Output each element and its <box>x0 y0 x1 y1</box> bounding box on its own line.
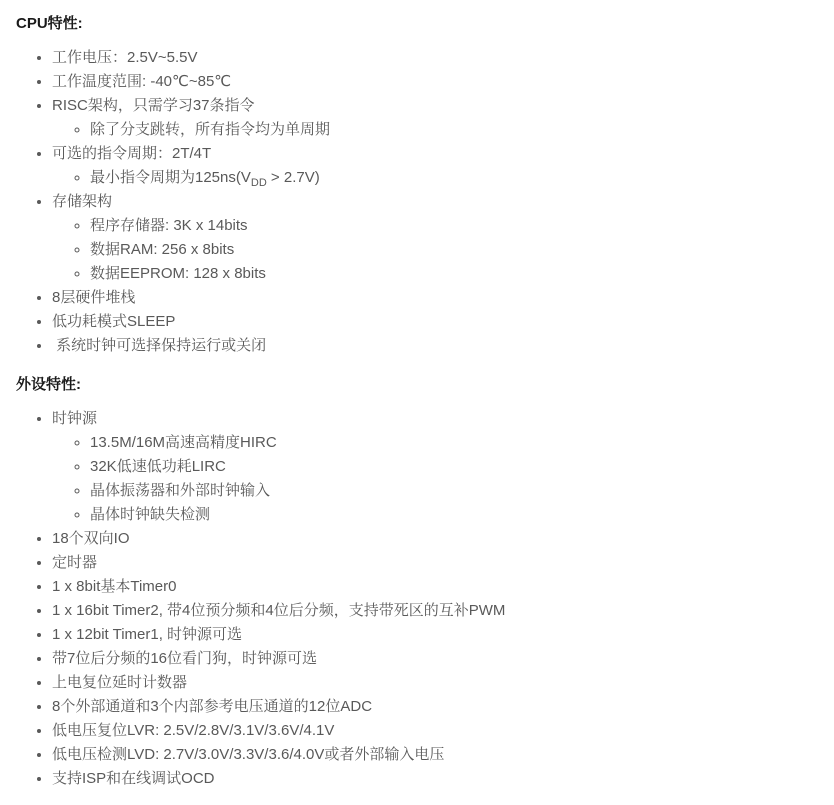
list-item: 低电压检测LVD: 2.7V/3.0V/3.3V/3.6/4.0V或者外部输入电… <box>52 743 818 767</box>
item-text: 8层硬件堆栈 <box>52 289 135 306</box>
sub-list: 程序存储器: 3K x 14bits数据RAM: 256 x 8bits数据EE… <box>52 214 818 286</box>
item-text: 工作电压：2.5V~5.5V <box>52 49 197 66</box>
item-text: RISC架构，只需学习37条指令 <box>52 97 255 114</box>
sub-list-item: 程序存储器: 3K x 14bits <box>90 214 818 238</box>
sub-list: 13.5M/16M高速高精度HIRC32K低速低功耗LIRC晶体振荡器和外部时钟… <box>52 431 818 527</box>
item-text: 1 x 16bit Timer2, 带4位预分频和4位后分频，支持带死区的互补P… <box>52 602 505 619</box>
list-item: 上电复位延时计数器 <box>52 671 818 695</box>
feature-section: 外设特性: 时钟源13.5M/16M高速高精度HIRC32K低速低功耗LIRC晶… <box>16 373 818 791</box>
item-text: 带7位后分频的16位看门狗，时钟源可选 <box>52 650 317 667</box>
item-text: 低电压复位LVR: 2.5V/2.8V/3.1V/3.6V/4.1V <box>52 722 334 739</box>
feature-list: 时钟源13.5M/16M高速高精度HIRC32K低速低功耗LIRC晶体振荡器和外… <box>16 407 818 791</box>
item-text: 工作温度范围: -40℃~85℃ <box>52 73 231 90</box>
item-text: 晶体振荡器和外部时钟输入 <box>90 482 270 499</box>
item-text: 最小指令周期为125ns(V <box>90 169 251 186</box>
item-text: 32K低速低功耗LIRC <box>90 458 226 475</box>
item-text: 系统时钟可选择保持运行或关闭 <box>52 337 266 354</box>
item-text: 时钟源 <box>52 410 97 427</box>
subscript-text: DD <box>251 177 267 189</box>
list-item: 低功耗模式SLEEP <box>52 310 818 334</box>
item-text: 支持ISP和在线调试OCD <box>52 770 215 787</box>
item-text: 1 x 8bit基本Timer0 <box>52 578 176 595</box>
list-item: 1 x 8bit基本Timer0 <box>52 575 818 599</box>
sub-list: 除了分支跳转，所有指令均为单周期 <box>52 118 818 142</box>
item-text: > 2.7V) <box>267 169 320 186</box>
sub-list-item: 13.5M/16M高速高精度HIRC <box>90 431 818 455</box>
item-text: 定时器 <box>52 554 97 571</box>
sub-list-item: 晶体振荡器和外部时钟输入 <box>90 479 818 503</box>
feature-section: CPU特性: 工作电压：2.5V~5.5V工作温度范围: -40℃~85℃RIS… <box>16 12 818 358</box>
item-text: 13.5M/16M高速高精度HIRC <box>90 434 277 451</box>
item-text: 晶体时钟缺失检测 <box>90 506 210 523</box>
list-item: 时钟源13.5M/16M高速高精度HIRC32K低速低功耗LIRC晶体振荡器和外… <box>52 407 818 527</box>
item-text: 低功耗模式SLEEP <box>52 313 175 330</box>
list-item: 定时器 <box>52 551 818 575</box>
feature-document: CPU特性: 工作电压：2.5V~5.5V工作温度范围: -40℃~85℃RIS… <box>16 12 818 791</box>
datasheet-page: { "colors": { "background": "#ffffff", "… <box>0 0 834 805</box>
sub-list-item: 32K低速低功耗LIRC <box>90 455 818 479</box>
sub-list-item: 除了分支跳转，所有指令均为单周期 <box>90 118 818 142</box>
list-item: 支持ISP和在线调试OCD <box>52 767 818 791</box>
item-text: 18个双向IO <box>52 530 130 547</box>
list-item: 1 x 16bit Timer2, 带4位预分频和4位后分频，支持带死区的互补P… <box>52 599 818 623</box>
sub-list-item: 最小指令周期为125ns(VDD > 2.7V) <box>90 166 818 190</box>
list-item: 工作温度范围: -40℃~85℃ <box>52 70 818 94</box>
list-item: 可选的指令周期：2T/4T最小指令周期为125ns(VDD > 2.7V) <box>52 142 818 190</box>
item-text: 数据RAM: 256 x 8bits <box>90 241 234 258</box>
item-text: 存储架构 <box>52 193 112 210</box>
list-item: 系统时钟可选择保持运行或关闭 <box>52 334 818 358</box>
item-text: 可选的指令周期：2T/4T <box>52 145 211 162</box>
item-text: 上电复位延时计数器 <box>52 674 187 691</box>
item-text: 1 x 12bit Timer1, 时钟源可选 <box>52 626 242 643</box>
section-heading: CPU特性: <box>16 12 818 36</box>
list-item: 8层硬件堆栈 <box>52 286 818 310</box>
sub-list: 最小指令周期为125ns(VDD > 2.7V) <box>52 166 818 190</box>
feature-list: 工作电压：2.5V~5.5V工作温度范围: -40℃~85℃RISC架构，只需学… <box>16 46 818 358</box>
list-item: 18个双向IO <box>52 527 818 551</box>
list-item: 带7位后分频的16位看门狗，时钟源可选 <box>52 647 818 671</box>
list-item: 8个外部通道和3个内部参考电压通道的12位ADC <box>52 695 818 719</box>
list-item: 存储架构程序存储器: 3K x 14bits数据RAM: 256 x 8bits… <box>52 190 818 286</box>
item-text: 低电压检测LVD: 2.7V/3.0V/3.3V/3.6/4.0V或者外部输入电… <box>52 746 444 763</box>
list-item: 1 x 12bit Timer1, 时钟源可选 <box>52 623 818 647</box>
item-text: 除了分支跳转，所有指令均为单周期 <box>90 121 330 138</box>
section-heading: 外设特性: <box>16 373 818 397</box>
item-text: 数据EEPROM: 128 x 8bits <box>90 265 266 282</box>
sub-list-item: 数据EEPROM: 128 x 8bits <box>90 262 818 286</box>
item-text: 程序存储器: 3K x 14bits <box>90 217 248 234</box>
item-text: 8个外部通道和3个内部参考电压通道的12位ADC <box>52 698 372 715</box>
list-item: RISC架构，只需学习37条指令除了分支跳转，所有指令均为单周期 <box>52 94 818 142</box>
sub-list-item: 数据RAM: 256 x 8bits <box>90 238 818 262</box>
list-item: 工作电压：2.5V~5.5V <box>52 46 818 70</box>
list-item: 低电压复位LVR: 2.5V/2.8V/3.1V/3.6V/4.1V <box>52 719 818 743</box>
sub-list-item: 晶体时钟缺失检测 <box>90 503 818 527</box>
